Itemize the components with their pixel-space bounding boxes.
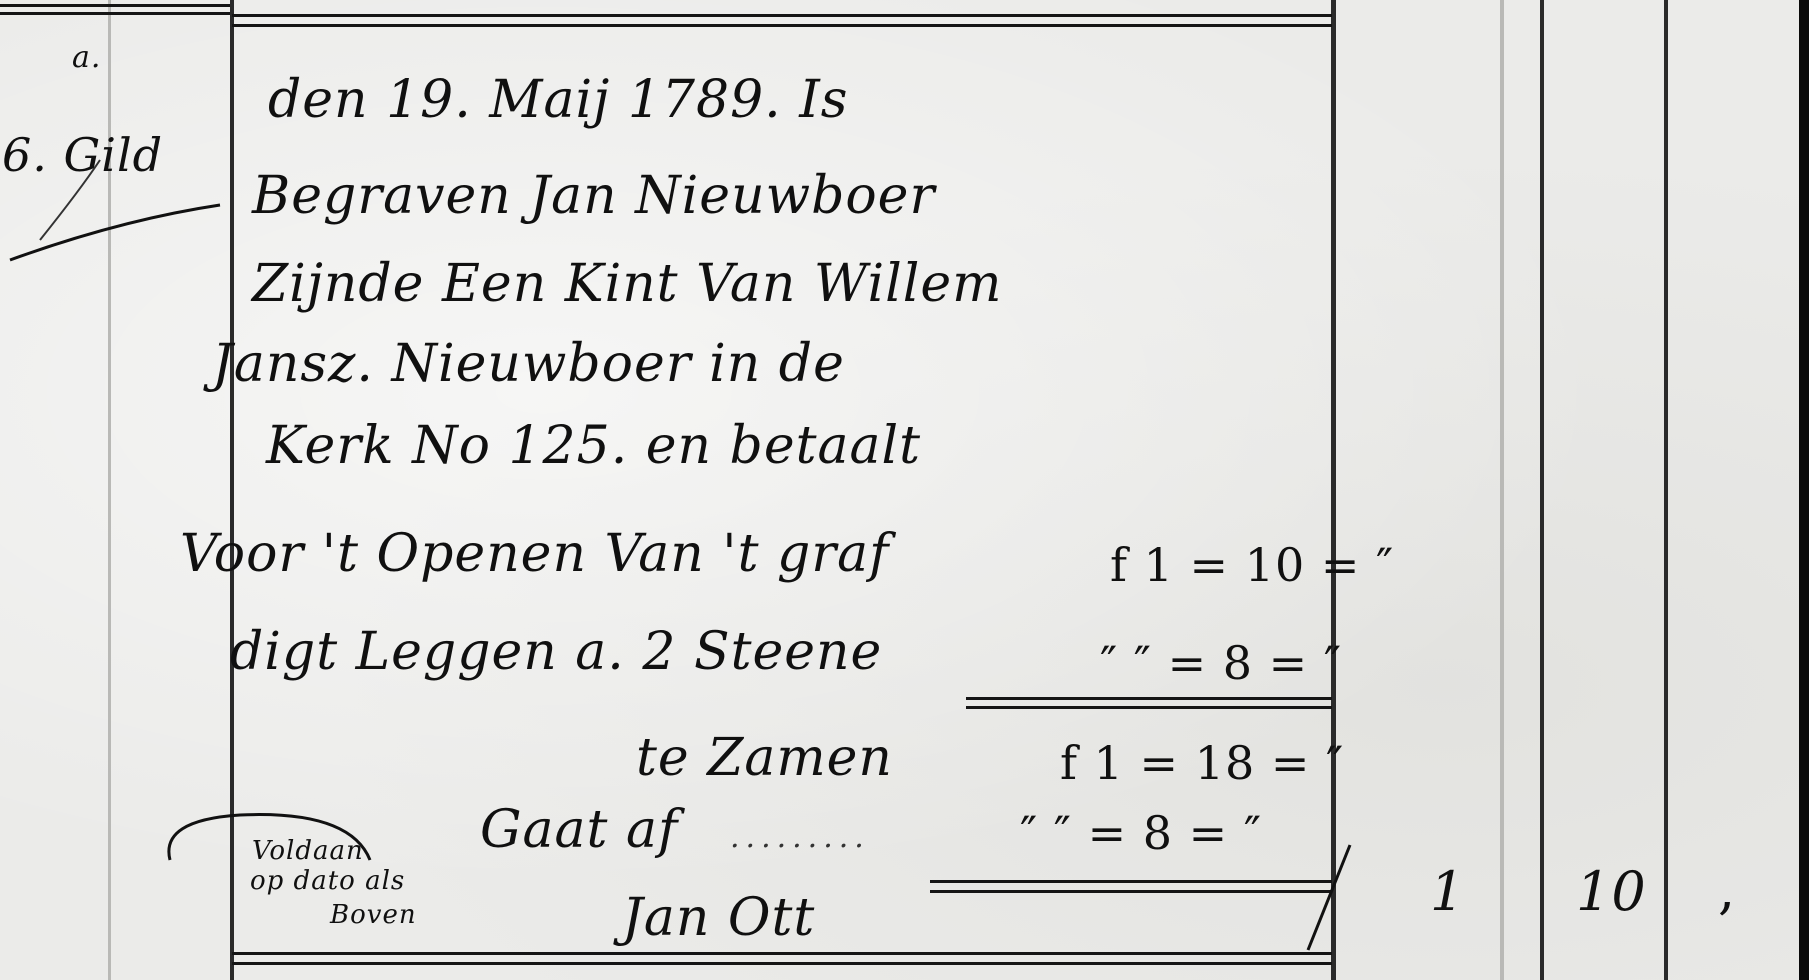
column-rule-guilders (1540, 0, 1544, 980)
bottom-rule-1 (232, 952, 1332, 955)
payment-note-line-1: Voldaan (252, 836, 364, 866)
signature: Jan Ott (622, 888, 815, 948)
entry-line-4: Jansz. Nieuwboer in de (212, 334, 845, 394)
result-penningen: , (1718, 858, 1736, 921)
entry-line-2: Begraven Jan Nieuwboer (252, 166, 935, 226)
carry-slash (1300, 840, 1360, 960)
entry-line-1: den 19. Maij 1789. Is (268, 70, 848, 130)
signature-rule-1 (930, 880, 1332, 883)
scanned-page: a. 6. Gild den 19. Maij 1789. Is Begrave… (0, 0, 1809, 980)
entry-line-7: digt Leggen a. 2 Steene (230, 622, 882, 682)
payment-note-line-2: op dato als (250, 866, 405, 896)
entry-line-5: Kerk No 125. en betaalt (266, 416, 921, 476)
subtotal-rule-1 (966, 697, 1332, 700)
deduct-label: Gaat af (480, 800, 678, 860)
signature-rule-2 (930, 890, 1332, 893)
column-rule-stuivers (1664, 0, 1668, 980)
top-rule-margin-2 (0, 12, 230, 15)
page-edge (1799, 0, 1809, 980)
top-rule-entry-1 (232, 14, 1332, 17)
bottom-rule-2 (232, 962, 1332, 965)
amount-leggen: ″ ″ = 8 = ″ (1100, 636, 1342, 690)
column-rule-faint-mid (1500, 0, 1504, 980)
top-rule-margin-1 (0, 4, 230, 7)
margin-letter: a. (72, 40, 101, 75)
payment-note-line-3: Boven (330, 900, 417, 930)
amount-openen: f 1 = 10 = ″ (1110, 538, 1394, 592)
total-label: te Zamen (636, 728, 893, 788)
result-stuivers: 10 (1576, 860, 1647, 923)
margin-category: 6. Gild (2, 128, 163, 182)
margin-flourish (0, 150, 240, 390)
total-amount: f 1 = 18 = ″ (1060, 736, 1344, 790)
entry-line-6: Voor 't Openen Van 't graf (180, 524, 889, 584)
deduct-leader: ......... (730, 820, 870, 855)
subtotal-rule-2 (966, 706, 1332, 709)
entry-line-3: Zijnde Een Kint Van Willem (252, 254, 1002, 314)
top-rule-entry-2 (232, 24, 1332, 27)
result-guilders: 1 (1430, 860, 1465, 923)
column-rule-entry-right (1331, 0, 1336, 980)
deduct-amount: ″ ″ = 8 = ″ (1020, 806, 1262, 860)
column-rule-margin (230, 0, 234, 980)
